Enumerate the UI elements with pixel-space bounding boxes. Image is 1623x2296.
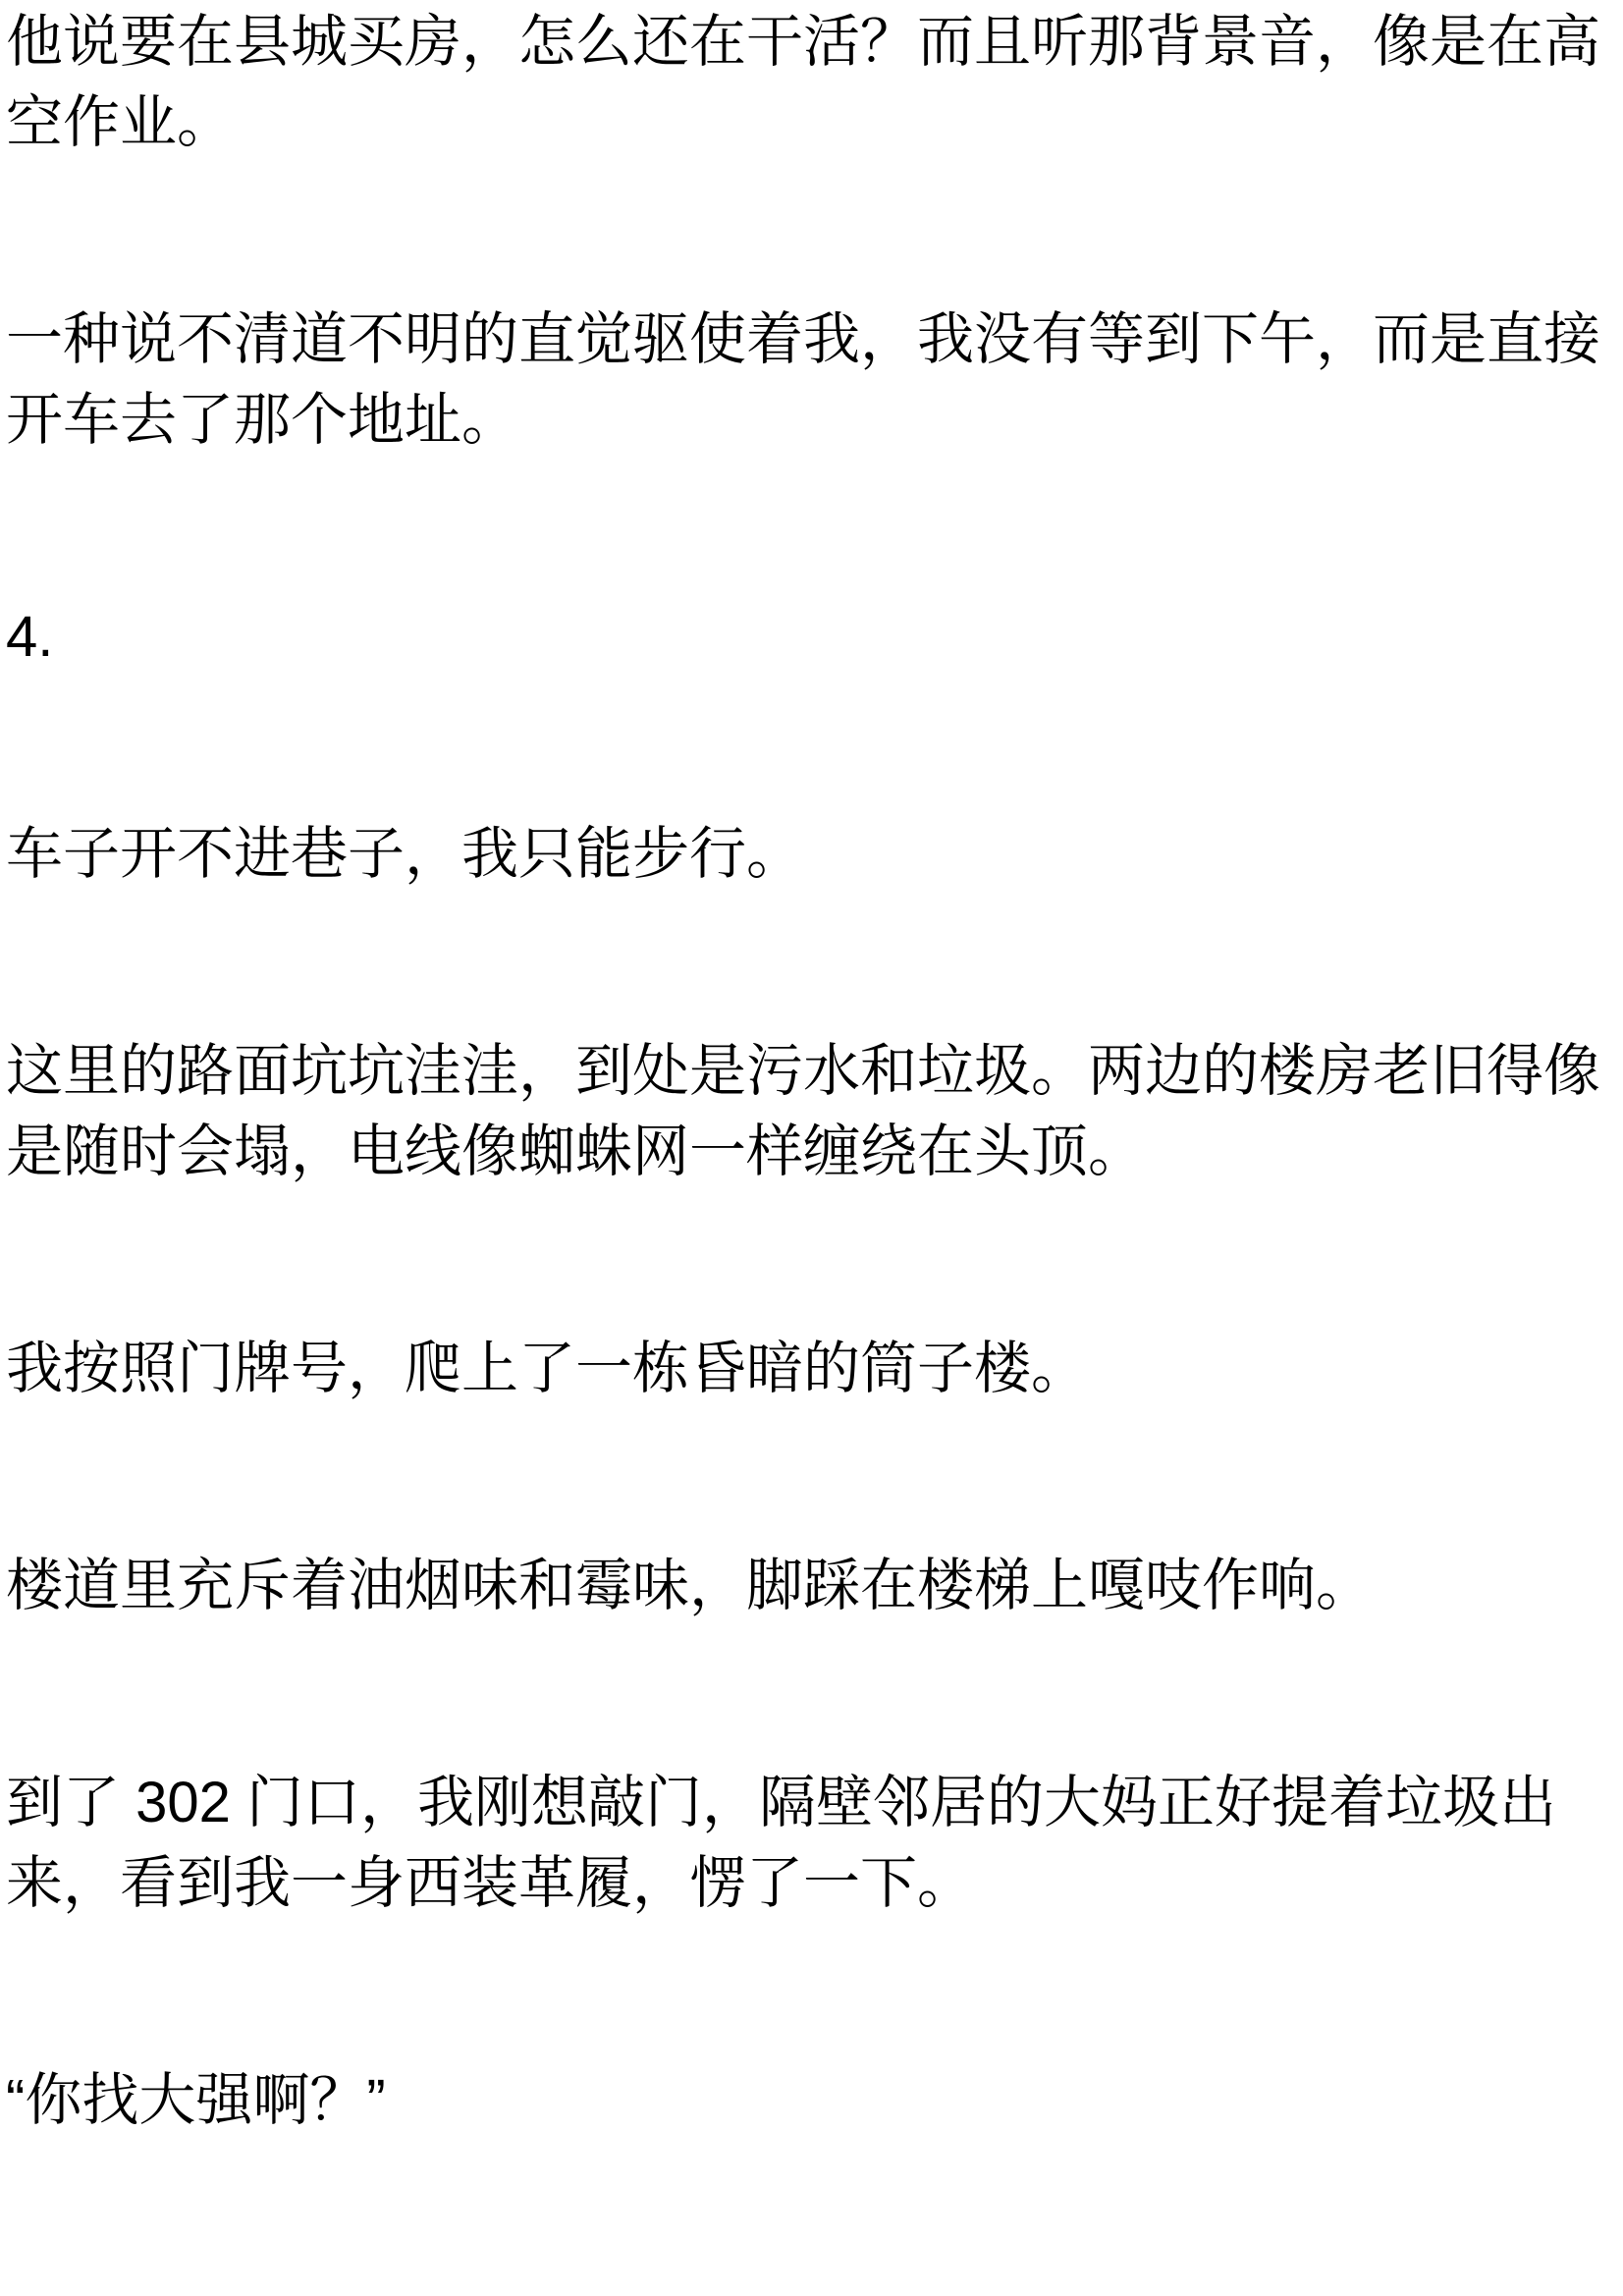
document-page: 他说要在县城买房，怎么还在干活？而且听那背景音，像是在高空作业。 一种说不清道不…: [0, 0, 1623, 2296]
paragraph-3-section-number: 4.: [6, 597, 1616, 678]
paragraph-6: 我按照门牌号，爬上了一栋昏暗的筒子楼。: [6, 1329, 1616, 1409]
paragraph-2: 一种说不清道不明的直觉驱使着我，我没有等到下午，而是直接开车去了那个地址。: [6, 300, 1616, 461]
paragraph-4: 车子开不进巷子，我只能步行。: [6, 814, 1616, 895]
paragraph-5: 这里的路面坑坑洼洼，到处是污水和垃圾。两边的楼房老旧得像是随时会塌，电线像蜘蛛网…: [6, 1031, 1616, 1192]
paragraph-9-dialogue: “你找大强啊？”: [6, 2060, 1616, 2141]
paragraph-1: 他说要在县城买房，怎么还在干活？而且听那背景音，像是在高空作业。: [6, 2, 1616, 163]
paragraph-8: 到了 302 门口，我刚想敲门，隔壁邻居的大妈正好提着垃圾出来，看到我一身西装革…: [6, 1763, 1616, 1924]
paragraph-7: 楼道里充斥着油烟味和霉味，脚踩在楼梯上嘎吱作响。: [6, 1546, 1616, 1626]
